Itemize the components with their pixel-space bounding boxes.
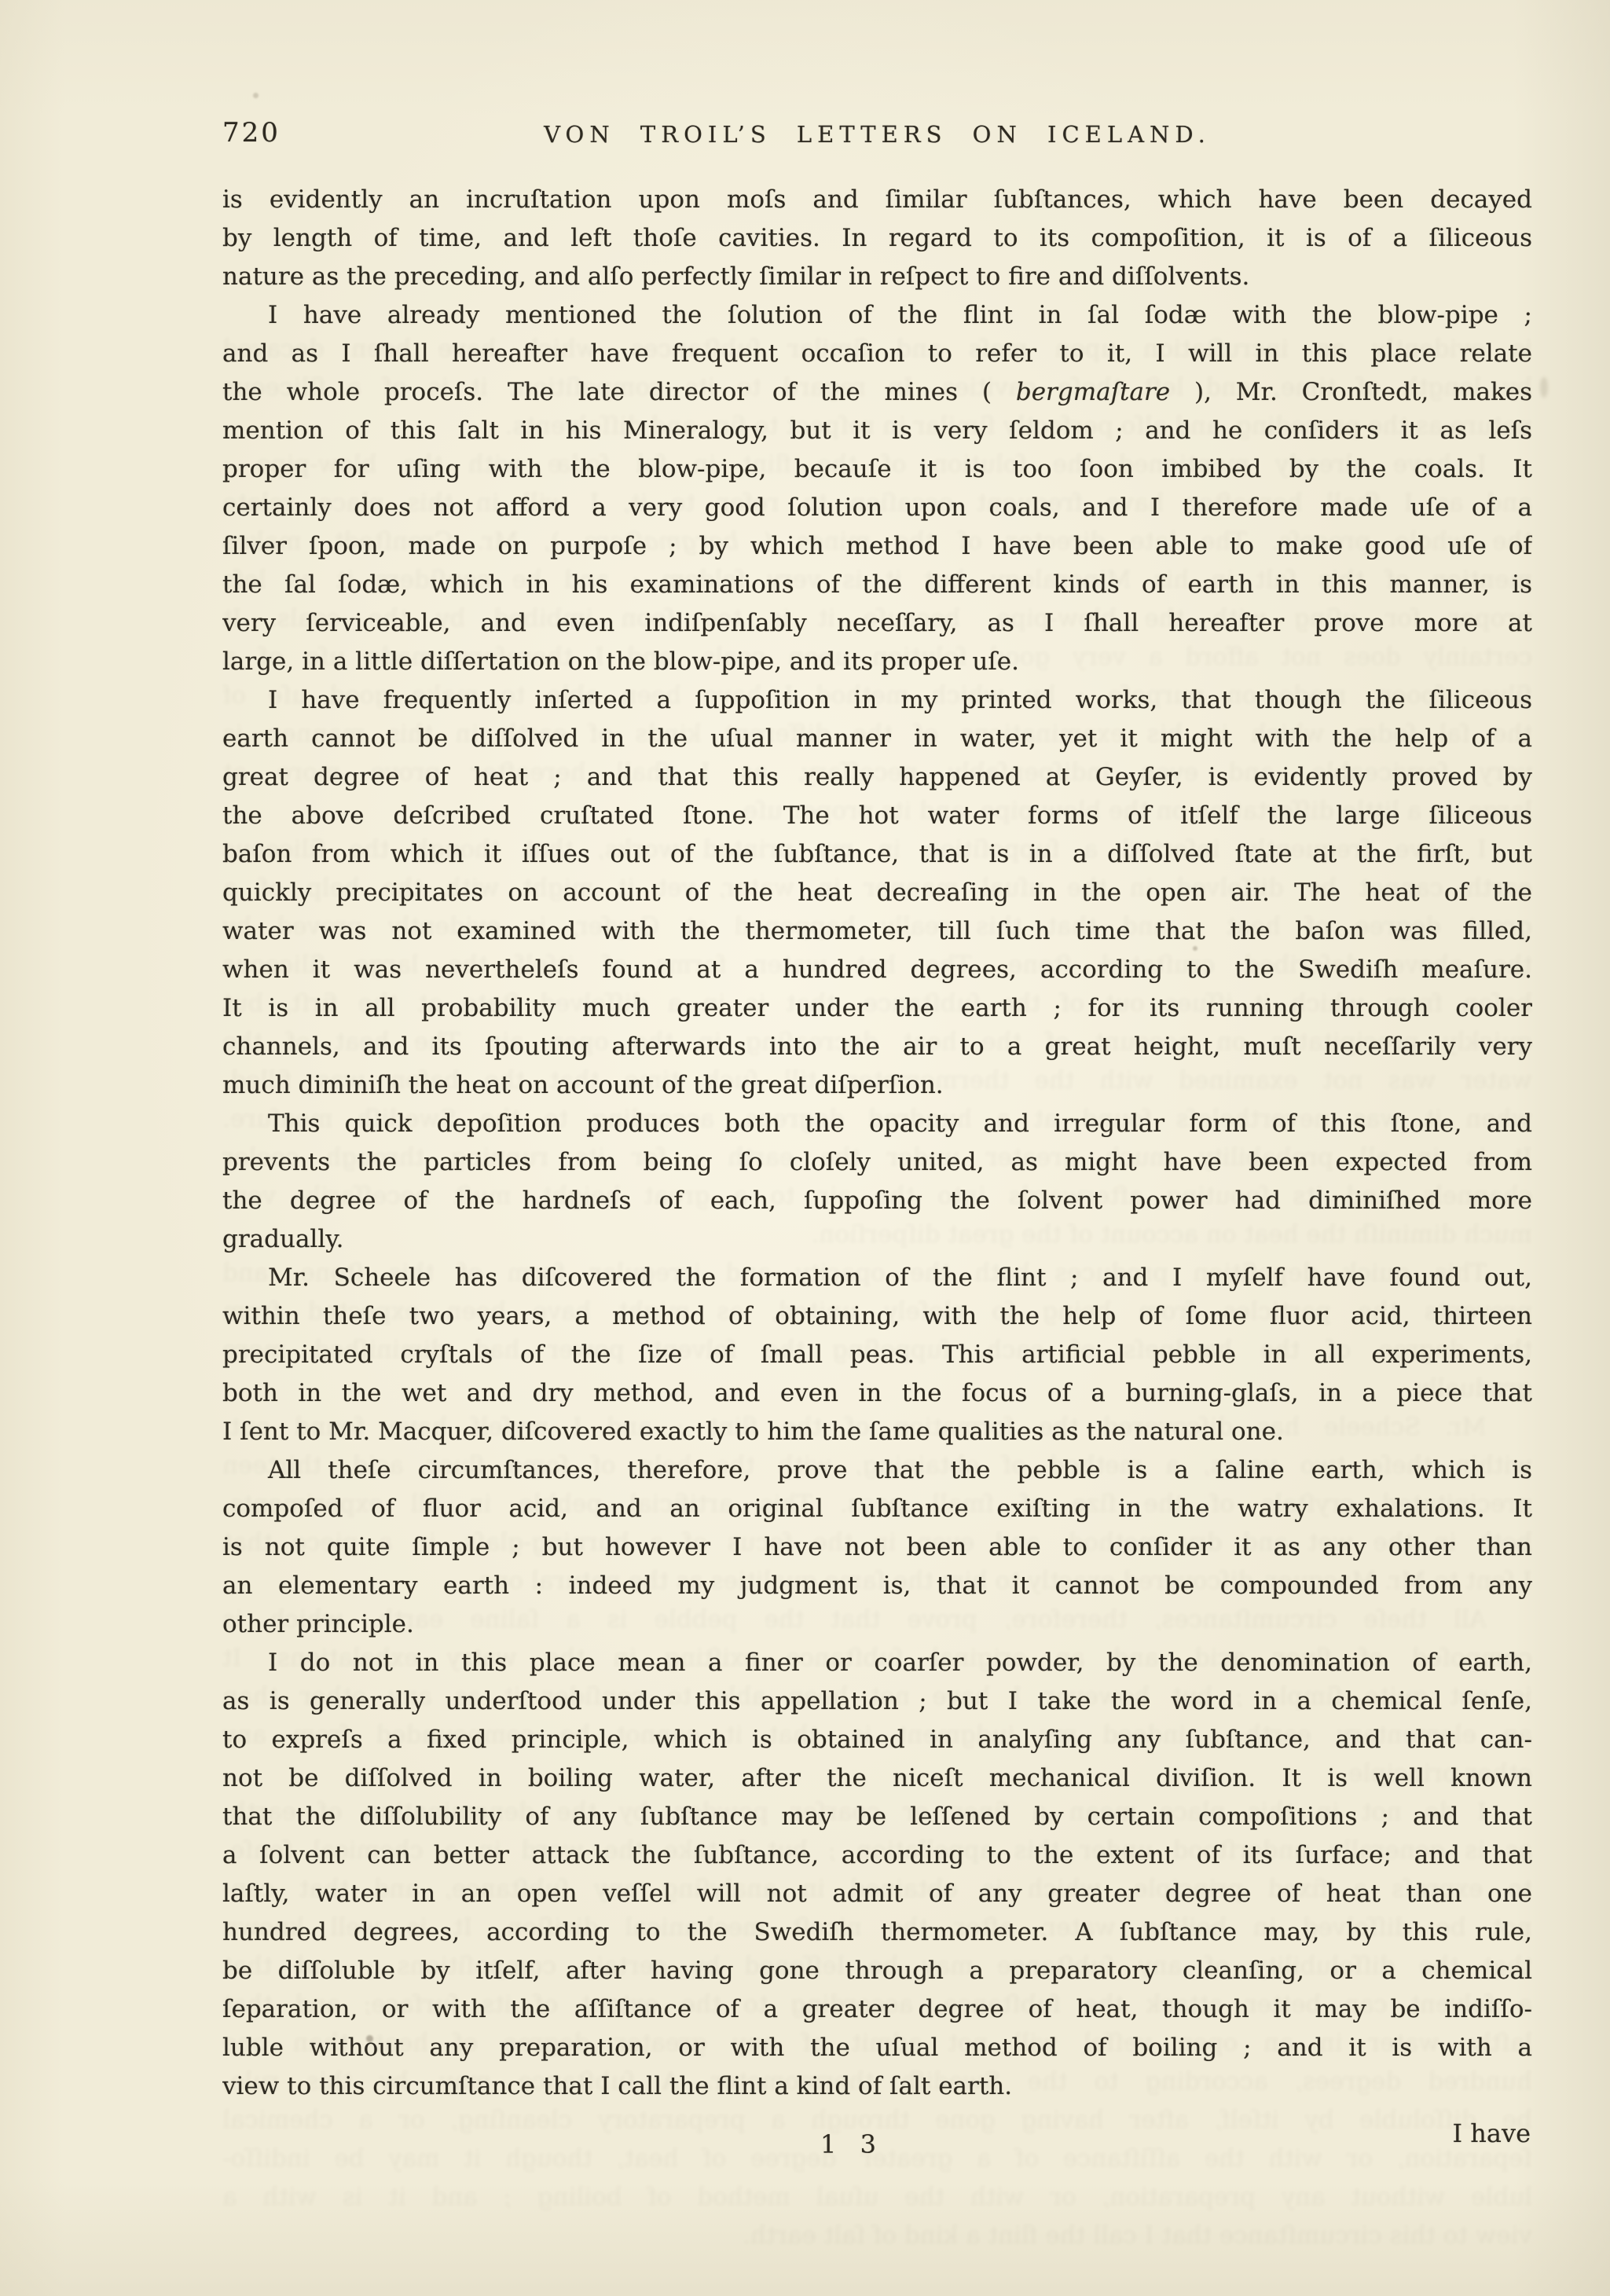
text-line: view to this circumſtance that I call th… [222,2067,1532,2106]
catchword: I have [1452,2118,1531,2148]
text-line: laſtly, water in an open veſſel will not… [222,1875,1532,1913]
text-line: great degree of heat ; and that this rea… [222,758,1532,797]
text-line: be diſſoluble by itſelf, after having go… [222,1952,1532,1990]
text-line: prevents the particles from being ſo clo… [222,1143,1532,1182]
text-line: hundred degrees, according to the Swediſ… [222,1913,1532,1952]
text-line: an elementary earth : indeed my judgment… [222,1567,1532,1605]
text-line: I do not in this place mean a finer or c… [222,1644,1532,1682]
running-title: VON TROIL’S LETTERS ON ICELAND. [222,116,1532,152]
text-line: channels, and its ſpouting afterwards in… [222,1028,1532,1066]
text-line: gradually. [222,1220,1532,1259]
text-line: I have already mentioned the ſolution of… [222,296,1532,335]
text-line: mention of this ſalt in his Mineralogy, … [222,412,1532,450]
text-line: nature as the preceding, and alſo perfec… [222,258,1532,296]
text-line: when it was nevertheleſs found at a hund… [222,951,1532,989]
signature-mark: 1 3 [197,2129,1507,2159]
page-header: 720 VON TROIL’S LETTERS ON ICELAND. [222,115,1532,151]
text-line: both in the wet and dry method, and even… [222,1374,1532,1413]
paragraph: I have frequently inſerted a ſuppoſition… [222,681,1532,1105]
text-line: as is generally underſtood under this ap… [222,1682,1532,1721]
text-line: luble without any preparation, or with t… [222,2178,1532,2217]
text-line: not be diſſolved in boiling water, after… [222,1759,1532,1798]
text-line: very ſerviceable, and even indiſpenſably… [222,604,1532,643]
text-line: is evidently an incruſtation upon moſs a… [222,181,1532,219]
text-line: is not quite ſimple ; but however I have… [222,1528,1532,1567]
text-line: earth cannot be diſſolved in the uſual m… [222,720,1532,758]
paragraph: I do not in this place mean a finer or c… [222,1644,1532,2106]
text-line: the whole proceſs. The late director of … [222,373,1532,412]
text-line: I ſent to Mr. Macquer, diſcovered exactl… [222,1413,1532,1451]
text-line: This quick depoſition produces both the … [222,1105,1532,1143]
paper-speck [1540,377,1548,398]
text-line: other principle. [222,1605,1532,1644]
text-line: within theſe two years, a method of obta… [222,1297,1532,1336]
text-line: ſilver ſpoon, made on purpoſe ; by which… [222,527,1532,566]
text-line: ſeparation, or with the aſſiſtance of a … [222,1990,1532,2029]
text-line: and as I ſhall hereafter have frequent o… [222,335,1532,373]
text-line: view to this circumſtance that I call th… [222,2217,1532,2255]
text-line: by length of time, and left thoſe caviti… [222,219,1532,258]
text-block: 720 VON TROIL’S LETTERS ON ICELAND. is e… [222,115,1532,2166]
text-line: quickly precipitates on account of the h… [222,874,1532,912]
text-line: much diminiſh the heat on account of the… [222,1066,1532,1105]
text-line: water was not examined with the thermome… [222,912,1532,951]
paper-speck [253,93,259,98]
paragraph: I have already mentioned the ſolution of… [222,296,1532,681]
text-line: It is in all probability much greater un… [222,989,1532,1028]
paragraph: is evidently an incruſtation upon moſs a… [222,181,1532,296]
text-line: that the diſſolubility of any ſubſtance … [222,1798,1532,1836]
paragraph: Mr. Scheele has diſcovered the formation… [222,1259,1532,1451]
paragraph: This quick depoſition produces both the … [222,1105,1532,1259]
text-line: the above deſcribed cruſtated ſtone. The… [222,797,1532,835]
text-line: certainly does not afford a very good ſo… [222,489,1532,527]
body-text: is evidently an incruſtation upon moſs a… [222,181,1532,2106]
text-line: large, in a little diſſertation on the b… [222,643,1532,681]
text-line: luble without any preparation, or with t… [222,2029,1532,2067]
text-line: compoſed of fluor acid, and an original … [222,1490,1532,1528]
paragraph: All theſe circumſtances, therefore, prov… [222,1451,1532,1644]
text-line: baſon from which it iſſues out of the ſu… [222,835,1532,874]
text-line: precipitated cryſtals of the ſize of ſma… [222,1336,1532,1374]
text-line: I have frequently inſerted a ſuppoſition… [222,681,1532,720]
text-line: the ſal ſodæ, which in his examinations … [222,566,1532,604]
page-footer: 1 3 I have [222,2118,1532,2166]
text-line: to expreſs a fixed principle, which is o… [222,1721,1532,1759]
text-line: All theſe circumſtances, therefore, prov… [222,1451,1532,1490]
text-line: proper for uſing with the blow-pipe, bec… [222,450,1532,489]
text-line: Mr. Scheele has diſcovered the formation… [222,1259,1532,1297]
text-line: the degree of the hardneſs of each, ſupp… [222,1182,1532,1220]
text-line: a ſolvent can better attack the ſubſtanc… [222,1836,1532,1875]
book-page-scan: is evidently an incruſtation upon moſs a… [0,0,1610,2296]
